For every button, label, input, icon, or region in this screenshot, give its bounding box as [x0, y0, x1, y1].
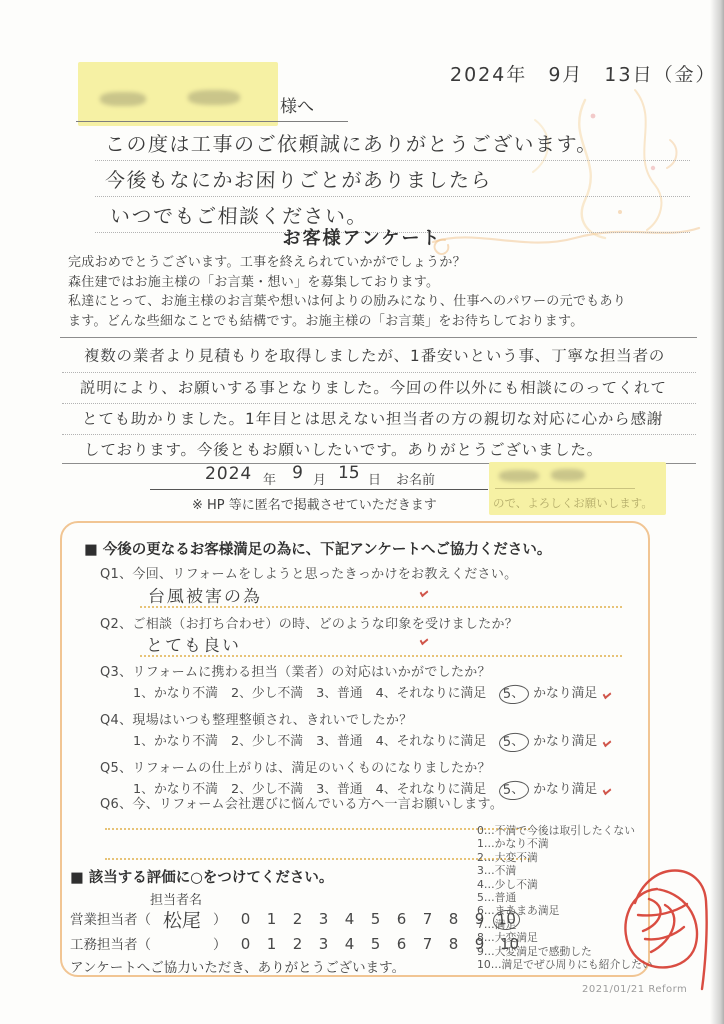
construction-rating-row: 工務担当者（）012345678910 [70, 933, 527, 953]
q5-option-5-label: かなり満足 [533, 782, 597, 797]
construction-score-9: 9 [467, 935, 493, 953]
construction-score-2: 2 [285, 935, 311, 953]
q3-scale-row: 1、かなり不満2、少し不満3、普通4、それなりに満足5、 かなり満足 [133, 682, 611, 704]
intro-line-1: 完成おめでとうございます。工事を終えられていかがでしょうか？ [68, 253, 698, 273]
legend-item-0: 0…不満で今後は取引したくない [477, 824, 653, 837]
legend-item-1: 1…かなり不満 [477, 837, 653, 850]
sales-staff-name: 松尾 [151, 906, 214, 933]
construction-score-6: 6 [389, 935, 415, 953]
q2-label: Q2、ご相談（お打ち合わせ）の時、どのような印象を受けましたか？ [100, 613, 518, 632]
testimonial-line-4: しております。今後ともお願いしたいです。ありがとうございました。 [84, 438, 604, 460]
q4-option-2: 2、少し不満 [231, 734, 303, 749]
testimonial-month-label: 月 [313, 469, 326, 488]
sales-rating-row: 営業担当者（松尾）012345678910 [70, 906, 520, 933]
construction-score-scale: 012345678910 [233, 934, 527, 953]
construction-score-10: 10 [493, 935, 527, 953]
recipient-name-highlight [78, 62, 278, 126]
q3-option-3: 3、普通 [316, 686, 363, 701]
anonymity-note: ※ HP 等に匿名で掲載させていただきます [192, 494, 437, 513]
sales-score-8: 8 [441, 910, 467, 928]
intro-line-4: ます。どんな些細なことでも結構です。お施主様の「お言葉」をお待ちしております。 [68, 312, 698, 332]
testimonial-year-label: 年 [263, 469, 276, 488]
q3-option-4: 4、それなりに満足 [376, 686, 487, 701]
sales-score-3: 3 [311, 910, 337, 928]
q4-label: Q4、現場はいつも整理整頓され、きれいでしたか？ [100, 709, 412, 728]
q6-answer-rule-1 [105, 828, 530, 830]
letter-line-1: この度は工事のご依頼誠にありがとうございます。 [104, 128, 598, 157]
letter-date: 2024年 9月 13日（金） [450, 60, 718, 87]
q4-option-4: 4、それなりに満足 [376, 734, 487, 749]
testimonial-rule-2 [62, 403, 696, 404]
q4-option-3: 3、普通 [316, 734, 363, 749]
q4-scale-row: 1、かなり不満2、少し不満3、普通4、それなりに満足5、 かなり満足 [133, 730, 611, 752]
q3-review-check-icon [603, 690, 612, 700]
construction-score-3: 3 [311, 935, 337, 953]
anonymity-note-hidden: ので、よろしくお願いします。 [493, 495, 653, 511]
testimonial-rule-3 [62, 434, 696, 435]
testimonial-line-3: とても助かりました。1年目とは思えない担当者の方の親切な対応に心から感謝 [82, 407, 664, 429]
construction-score-4: 4 [337, 935, 363, 953]
sales-score-6: 6 [389, 910, 415, 928]
sales-score-scale: 012345678910 [233, 909, 520, 928]
footer-code: 2021/01/21 Reform [582, 984, 687, 995]
letter-line-2: 今後もなにかお困りごとがありましたら [104, 164, 492, 193]
construction-score-0: 0 [233, 935, 259, 953]
sales-paren-close: ） [213, 912, 227, 928]
sales-score-10-circled: 10 [492, 909, 521, 931]
thanks-note: アンケートへご協力いただき、ありがとうございます。 [70, 956, 405, 976]
testimonial-line-1: 複数の業者より見積もりを取得しましたが、1番安いという事、丁寧な担当者の [84, 344, 666, 366]
q5-review-check-icon [603, 786, 612, 796]
sales-score-2: 2 [285, 910, 311, 928]
letter-rule-1 [95, 160, 690, 161]
intro-line-2: 森住建ではお施主様の「お言葉・想い」を募集しております。 [68, 273, 698, 293]
recipient-underline [76, 121, 348, 122]
q4-option-1: 1、かなり不満 [133, 734, 218, 749]
construction-score-1: 1 [259, 935, 285, 953]
red-stamp-icon [605, 855, 720, 1000]
q1-answer-rule [140, 606, 622, 608]
q4-option-5-label: かなり満足 [533, 734, 597, 749]
testimonial-underline [150, 489, 488, 490]
q3-option-1: 1、かなり不満 [133, 686, 218, 701]
q1-answer: 台風被害の為 [148, 582, 263, 607]
q6-label: Q6、今、リフォーム会社選びに悩んでいる方へ一言お願いします。 [100, 793, 503, 812]
testimonial-day: 15 [338, 463, 360, 483]
section-divider [60, 337, 697, 338]
q5-label: Q5、リフォームの仕上がりは、満足のいくものになりましたか？ [100, 757, 491, 776]
intro-line-3: 私達にとって、お施主様のお言葉や想いは何よりの励みになり、仕事へのパワーの元でも… [68, 292, 698, 312]
testimonial-line-2: 説明により、お願いする事となりました。今回の件以外にも相談にのってくれて [80, 376, 667, 398]
construction-paren-close: ） [213, 937, 227, 953]
construction-score-5: 5 [363, 935, 389, 953]
recipient-suffix: 様へ [280, 92, 314, 117]
testimonial-year: 2024 [205, 464, 253, 484]
q3-option-5-label: かなり満足 [533, 686, 597, 701]
sales-score-5: 5 [363, 910, 389, 928]
construction-score-8: 8 [441, 935, 467, 953]
q1-label: Q1、今回、リフォームをしようと思ったきっかけをお教えください。 [100, 563, 517, 582]
construction-label: 工務担当者（ [70, 937, 151, 953]
q6-answer-rule-2 [105, 858, 530, 860]
q4-option-5-circled: 5、 [498, 732, 530, 754]
sales-label: 営業担当者（ [70, 912, 151, 928]
scan-edge-shadow [710, 0, 724, 1024]
q4-review-check-icon [603, 738, 612, 748]
testimonial-month: 9 [292, 463, 304, 483]
sales-score-1: 1 [259, 910, 285, 928]
q3-option-5-circled: 5、 [498, 684, 530, 706]
q3-label: Q3、リフォームに携わる担当（業者）の対応はいかがでしたか？ [100, 661, 491, 680]
testimonial-day-label: 日 [368, 469, 381, 488]
q2-answer: とても良い [146, 631, 242, 656]
testimonial-rule-1 [62, 372, 696, 373]
construction-score-7: 7 [415, 935, 441, 953]
customer-name-highlight: ので、よろしくお願いします。 [489, 462, 666, 515]
survey-header: ■ 今後の更なるお客様満足の為に、下記アンケートへご協力ください。 [84, 538, 551, 559]
sales-score-0: 0 [233, 910, 259, 928]
sales-score-7: 7 [415, 910, 441, 928]
q2-answer-rule [140, 655, 622, 657]
sales-score-9: 9 [467, 910, 493, 928]
rating-header: ■ 該当する評価に○をつけてください。 [70, 866, 333, 887]
q3-option-2: 2、少し不満 [231, 686, 303, 701]
page-title: お客様アンケート [0, 224, 724, 250]
sales-score-4: 4 [337, 910, 363, 928]
letter-rule-2 [95, 196, 690, 197]
testimonial-name-label: お名前 [396, 469, 435, 488]
scanned-survey-page: 様へ 2024年 9月 13日（金） この度は工事のご依頼誠にありがとうございま… [0, 0, 724, 1024]
